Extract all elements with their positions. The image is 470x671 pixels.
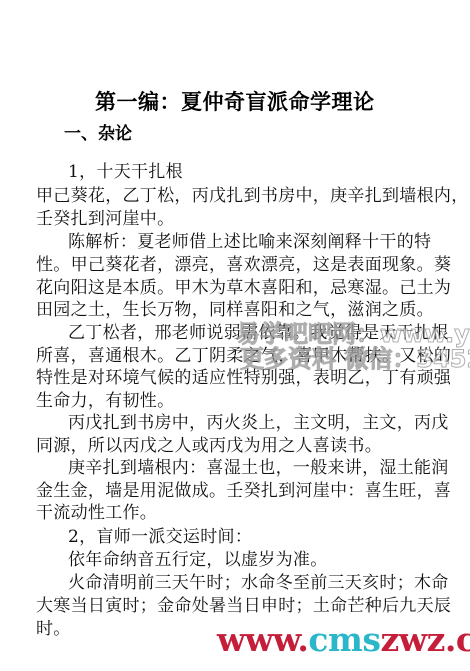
footer-watermark-suffix: zwz.com xyxy=(381,620,470,659)
section-heading: 一、杂论 xyxy=(64,119,132,144)
body-line: 壬癸扎到河崖中。 xyxy=(36,209,174,229)
body-line: 时。 xyxy=(36,619,71,639)
body-line: 甲己葵花，乙丁松，丙戊扎到书房中，庚辛扎到墙根内， xyxy=(36,186,469,206)
subheading-luck-timing: 2，盲师一派交运时间： xyxy=(68,527,252,547)
footer-watermark-middle: cms xyxy=(308,620,380,659)
body-line: 同源，所以丙戊之人或丙戊为用之人喜读书。 xyxy=(36,436,382,456)
body-line: 庚辛扎到墙根内：喜湿土也，一般来讲，湿土能润 xyxy=(68,458,449,478)
body-line: 丙戊扎到书房中，丙火炎上，主文明，主文，丙戊 xyxy=(68,413,449,433)
footer-watermark-prefix: www. xyxy=(217,620,308,659)
document-page: 第一编：夏仲奇盲派命学理论 一、杂论 1，十天干扎根 甲己葵花，乙丁松，丙戊扎到… xyxy=(0,0,470,671)
body-line: 花向阳这是本质。甲木为草木喜阳和，忌寒湿。己土为 xyxy=(36,278,451,298)
body-line: 干流动性工作。 xyxy=(36,503,157,523)
subheading-ten-stems: 1，十天干扎根 xyxy=(68,162,183,182)
body-line: 金生金，墙是用泥做成。壬癸扎到河崖中：喜生旺，喜 xyxy=(36,481,451,501)
body-line: 性。甲己葵花者，漂亮，喜欢漂亮，这是表面现象。葵 xyxy=(36,255,451,275)
watermark-overlay-wechat: 更多资料 微信：345244044 xyxy=(240,339,470,374)
body-line: 依年命纳音五行定，以虚岁为准。 xyxy=(68,550,328,570)
body-line: 火命清明前三天午时；水命冬至前三天亥时；木命 xyxy=(68,573,449,593)
chapter-title: 第一编：夏仲奇盲派命学理论 xyxy=(95,86,375,116)
body-line: 生命力，有韧性。 xyxy=(36,391,174,411)
body-line: 大寒当日寅时；金命处暑当日申时；土命芒种后九天辰 xyxy=(36,596,451,616)
body-line: 陈解析：夏老师借上述比喻来深刻阐释十干的特 xyxy=(68,232,431,252)
footer-watermark: www.cmszwz.com xyxy=(217,620,470,659)
